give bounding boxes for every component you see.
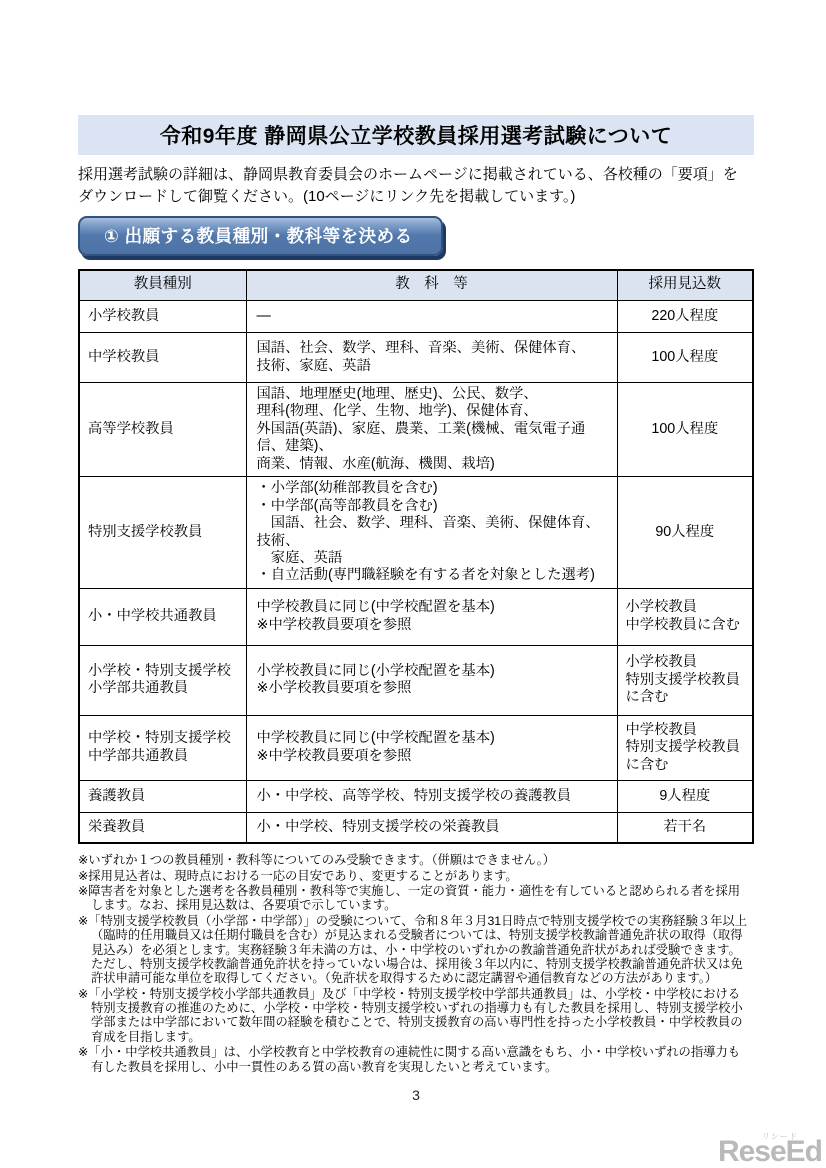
- teacher-type-cell: 中学校・特別支援学校 中学部共通教員: [79, 715, 246, 780]
- document-page: 令和9年度 静岡県公立学校教員採用選考試験について 採用選考試験の詳細は、静岡県…: [0, 0, 826, 1168]
- table-row: 小学校教員―220人程度: [79, 301, 753, 333]
- watermark: リシード ReseEd: [718, 1135, 822, 1168]
- subjects-cell: 中学校教員に同じ(中学校配置を基本) ※中学校教員要項を参照: [246, 715, 617, 780]
- header-expected-hires: 採用見込数: [617, 270, 753, 301]
- expected-hires-cell: 9人程度: [617, 780, 753, 812]
- table-row: 小学校・特別支援学校 小学部共通教員小学校教員に同じ(小学校配置を基本) ※小学…: [79, 645, 753, 715]
- document-content: 令和9年度 静岡県公立学校教員採用選考試験について 採用選考試験の詳細は、静岡県…: [78, 115, 754, 1103]
- subjects-cell: 国語、社会、数学、理科、音楽、美術、保健体育、 技術、家庭、英語: [246, 333, 617, 383]
- note-item: ※「小学校・特別支援学校小学部共通教員」及び「中学校・特別支援学校中学部共通教員…: [78, 987, 752, 1045]
- subjects-cell: 小学校教員に同じ(小学校配置を基本) ※小学校教員要項を参照: [246, 645, 617, 715]
- page-number: 3: [78, 1087, 754, 1103]
- table-row: 中学校・特別支援学校 中学部共通教員中学校教員に同じ(中学校配置を基本) ※中学…: [79, 715, 753, 780]
- subjects-cell: ・小学部(幼稚部教員を含む) ・中学部(高等部教員を含む) 国語、社会、数学、理…: [246, 477, 617, 589]
- note-item: ※採用見込者は、現時点における一応の目安であり、変更することがあります。: [78, 869, 752, 883]
- header-subjects: 教 科 等: [246, 270, 617, 301]
- teacher-type-cell: 特別支援学校教員: [79, 477, 246, 589]
- expected-hires-cell: 若干名: [617, 812, 753, 843]
- note-item: ※「小・中学校共通教員」は、小学校教育と中学校教育の連続性に関する高い意識をもち…: [78, 1045, 752, 1074]
- subjects-cell: 小・中学校、特別支援学校の栄養教員: [246, 812, 617, 843]
- table-row: 栄養教員小・中学校、特別支援学校の栄養教員若干名: [79, 812, 753, 843]
- note-item: ※いずれか１つの教員種別・教科等についてのみ受験できます。（併願はできません。）: [78, 853, 752, 867]
- teacher-type-cell: 栄養教員: [79, 812, 246, 843]
- teacher-type-cell: 高等学校教員: [79, 383, 246, 477]
- teacher-type-cell: 中学校教員: [79, 333, 246, 383]
- subjects-cell: 中学校教員に同じ(中学校配置を基本) ※中学校教員要項を参照: [246, 588, 617, 645]
- expected-hires-cell: 小学校教員 中学校教員に含む: [617, 588, 753, 645]
- expected-hires-cell: 小学校教員 特別支援学校教員 に含む: [617, 645, 753, 715]
- expected-hires-cell: 100人程度: [617, 333, 753, 383]
- table-body: 小学校教員―220人程度中学校教員国語、社会、数学、理科、音楽、美術、保健体育、…: [79, 301, 753, 844]
- table-row: 中学校教員国語、社会、数学、理科、音楽、美術、保健体育、 技術、家庭、英語100…: [79, 333, 753, 383]
- step-badge: ① 出願する教員種別・教科等を決める: [78, 216, 443, 256]
- subjects-cell: 小・中学校、高等学校、特別支援学校の養護教員: [246, 780, 617, 812]
- expected-hires-cell: 中学校教員 特別支援学校教員 に含む: [617, 715, 753, 780]
- expected-hires-cell: 90人程度: [617, 477, 753, 589]
- teacher-type-cell: 小学校・特別支援学校 小学部共通教員: [79, 645, 246, 715]
- intro-text: 採用選考試験の詳細は、静岡県教育委員会のホームページに掲載されている、各校種の「…: [78, 164, 754, 208]
- watermark-ruby: リシード: [762, 1131, 798, 1142]
- table-header-row: 教員種別 教 科 等 採用見込数: [79, 270, 753, 301]
- expected-hires-cell: 220人程度: [617, 301, 753, 333]
- table-row: 養護教員小・中学校、高等学校、特別支援学校の養護教員9人程度: [79, 780, 753, 812]
- title-bar: 令和9年度 静岡県公立学校教員採用選考試験について: [78, 115, 754, 155]
- notes: ※いずれか１つの教員種別・教科等についてのみ受験できます。（併願はできません。）…: [78, 853, 752, 1074]
- table-row: 高等学校教員国語、地理歴史(地理、歴史)、公民、数学、 理科(物理、化学、生物、…: [79, 383, 753, 477]
- table-row: 小・中学校共通教員中学校教員に同じ(中学校配置を基本) ※中学校教員要項を参照小…: [79, 588, 753, 645]
- header-teacher-type: 教員種別: [79, 270, 246, 301]
- teacher-type-cell: 小・中学校共通教員: [79, 588, 246, 645]
- table-row: 特別支援学校教員・小学部(幼稚部教員を含む) ・中学部(高等部教員を含む) 国語…: [79, 477, 753, 589]
- teacher-type-cell: 養護教員: [79, 780, 246, 812]
- subjects-cell: ―: [246, 301, 617, 333]
- teacher-type-cell: 小学校教員: [79, 301, 246, 333]
- note-item: ※「特別支援学校教員（小学部・中学部）」の受験について、令和８年３月31日時点で…: [78, 914, 752, 986]
- expected-hires-cell: 100人程度: [617, 383, 753, 477]
- subjects-cell: 国語、地理歴史(地理、歴史)、公民、数学、 理科(物理、化学、生物、地学)、保健…: [246, 383, 617, 477]
- page-title: 令和9年度 静岡県公立学校教員採用選考試験について: [160, 120, 673, 150]
- recruitment-table: 教員種別 教 科 等 採用見込数 小学校教員―220人程度中学校教員国語、社会、…: [78, 269, 754, 845]
- note-item: ※障害者を対象とした選考を各教員種別・教科等で実施し、一定の資質・能力・適性を有…: [78, 884, 752, 913]
